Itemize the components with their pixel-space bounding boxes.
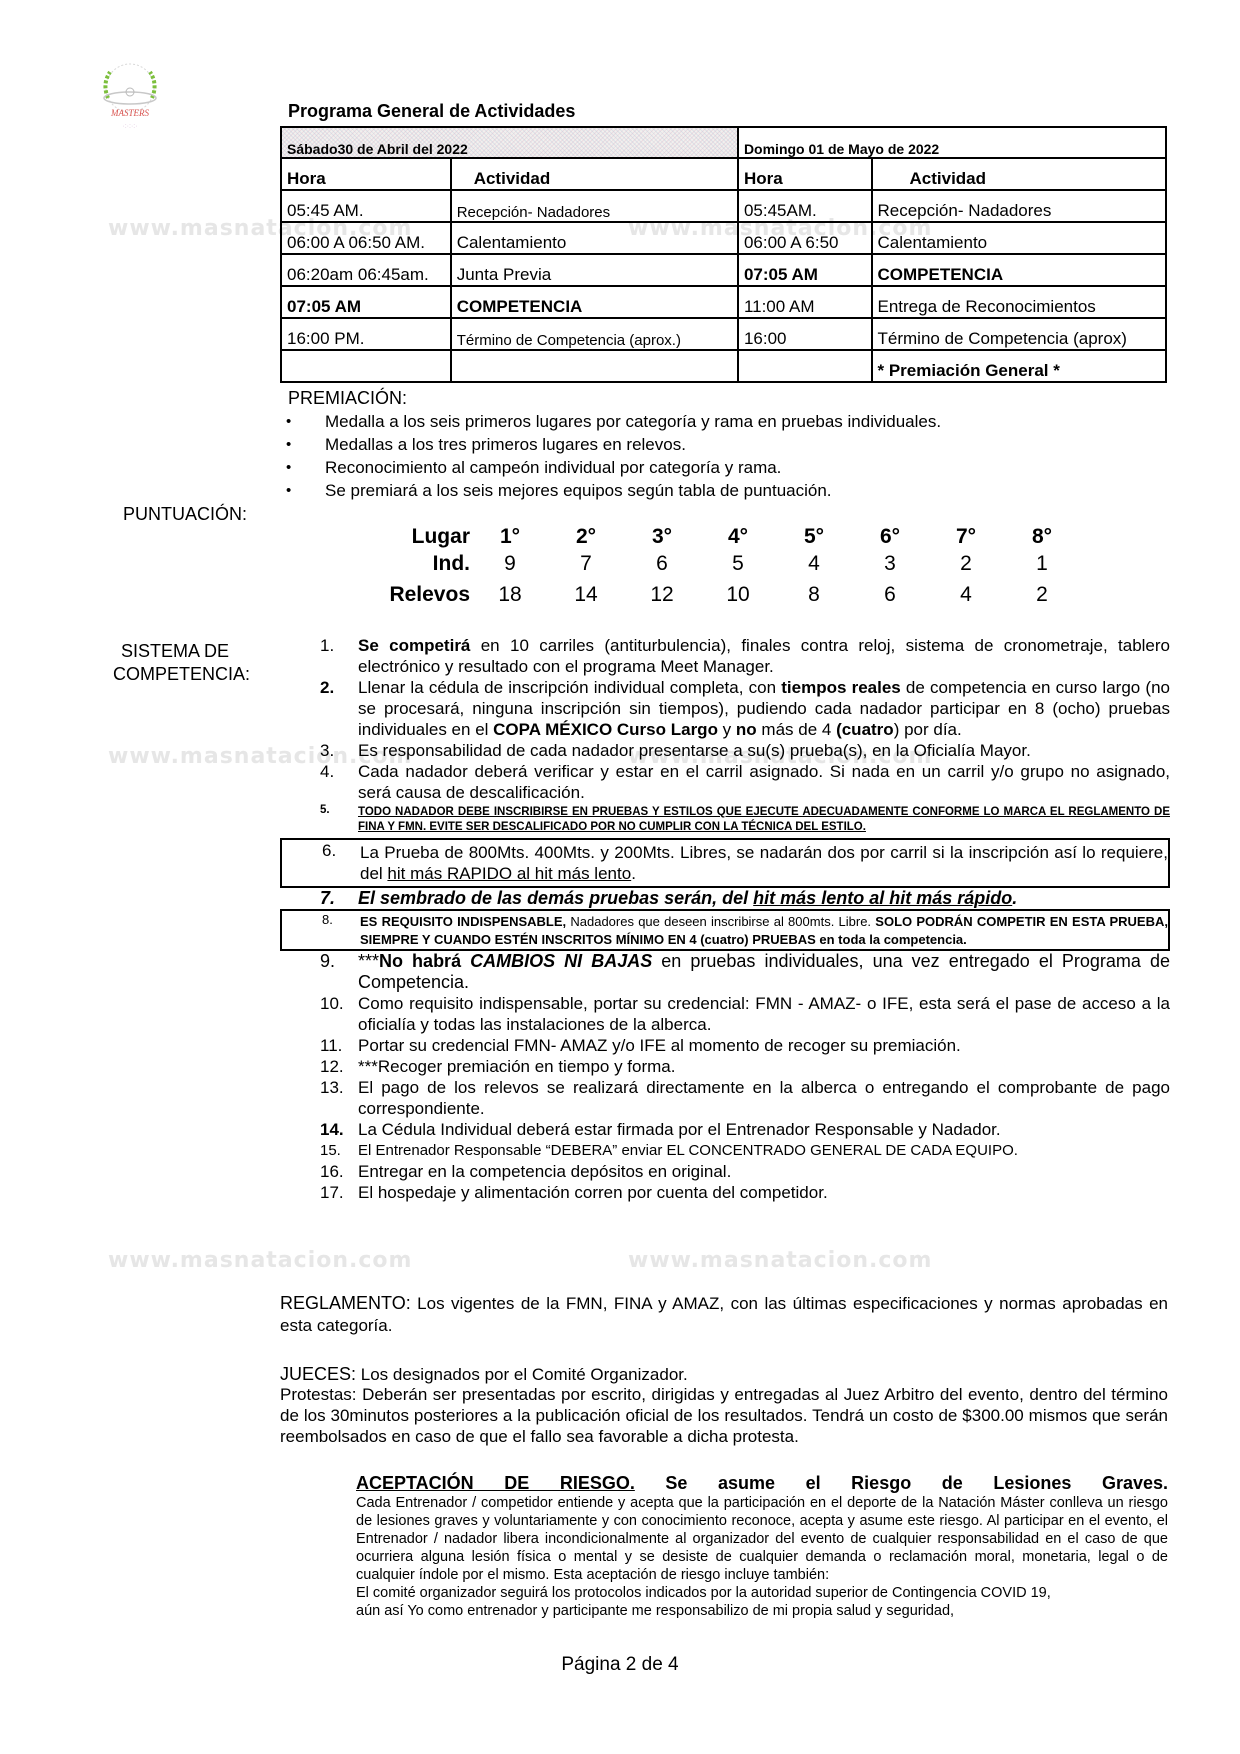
- schedule-table: Sábado30 de Abril del 2022 Domingo 01 de…: [280, 126, 1167, 383]
- list-item: 11.Portar su credencial FMN- AMAZ y/o IF…: [320, 1035, 1170, 1056]
- table-cell: 05:45 AM.: [281, 190, 451, 222]
- score-cell: 6°: [870, 525, 910, 549]
- list-item: 13.El pago de los relevos se realizará d…: [320, 1077, 1170, 1119]
- list-number: 6.: [322, 840, 336, 861]
- score-row-label: Lugar: [360, 525, 470, 549]
- table-cell: 06:00 A 06:50 AM.: [281, 222, 451, 254]
- table-cell: COMPETENCIA: [451, 286, 738, 318]
- premiacion-heading: PREMIACIÓN:: [288, 387, 407, 410]
- list-item: 10.Como requisito indispensable, portar …: [320, 993, 1170, 1035]
- covid-line: aún así Yo como entrenador y participant…: [356, 1602, 1168, 1620]
- score-cell: 14: [566, 583, 606, 607]
- watermark: www.masnatacion.com: [108, 1248, 412, 1273]
- list-number: 12.: [320, 1056, 344, 1077]
- table-cell: * Premiación General *: [872, 350, 1167, 382]
- list-item: 6.La Prueba de 800Mts. 400Mts. y 200Mts.…: [280, 838, 1170, 888]
- score-row-label: Ind.: [360, 552, 470, 576]
- score-cell: 2: [946, 552, 986, 576]
- score-row: Relevos181412108642: [360, 583, 1080, 610]
- masters-logo: MASTERS ·:·:·:·: [88, 60, 172, 134]
- reglamento: REGLAMENTO: Los vigentes de la FMN, FINA…: [280, 1292, 1168, 1336]
- table-row: 06:00 A 06:50 AM.Calentamiento06:00 A 6:…: [281, 222, 1166, 254]
- table-cell: Calentamiento: [872, 222, 1167, 254]
- page-number: Página 2 de 4: [0, 1654, 1240, 1676]
- list-item: 5.TODO NADADOR DEBE INSCRIBIRSE EN PRUEB…: [320, 803, 1170, 835]
- laurel-logo-icon: MASTERS ·:·:·:·: [88, 60, 172, 134]
- saturday-date: Sábado30 de Abril del 2022: [281, 127, 738, 158]
- riesgo-heading: ACEPTACIÓN DE RIESGO. Se asume el Riesgo…: [356, 1472, 1168, 1494]
- score-cell: 1°: [490, 525, 530, 549]
- score-cell: 7°: [946, 525, 986, 549]
- score-cell: 4: [946, 583, 986, 607]
- score-cell: 6: [870, 583, 910, 607]
- list-item: 17.El hospedaje y alimentación corren po…: [320, 1182, 1170, 1203]
- table-cell: [451, 350, 738, 382]
- list-number: 3.: [320, 740, 334, 761]
- svg-text:MASTERS: MASTERS: [110, 108, 149, 118]
- jueces: JUECES: Los designados por el Comité Org…: [280, 1363, 1168, 1386]
- score-cell: 4°: [718, 525, 758, 549]
- list-item: 4.Cada nadador deberá verificar y estar …: [320, 761, 1170, 803]
- col-hora: Hora: [281, 158, 451, 190]
- riesgo-section: ACEPTACIÓN DE RIESGO. Se asume el Riesgo…: [356, 1472, 1168, 1620]
- svg-text:·:·:·:·: ·:·:·:·: [122, 123, 137, 130]
- list-item: Se premiará a los seis mejores equipos s…: [280, 479, 941, 502]
- list-item: 3.Es responsabilidad de cada nadador pre…: [320, 740, 1170, 761]
- table-cell: 06:20am 06:45am.: [281, 254, 451, 286]
- table-cell: [281, 350, 451, 382]
- list-number: 9.: [320, 951, 335, 972]
- list-item: 16.Entregar en la competencia depósitos …: [320, 1161, 1170, 1182]
- table-cell: Calentamiento: [451, 222, 738, 254]
- score-cell: 1: [1022, 552, 1062, 576]
- score-cell: 3°: [642, 525, 682, 549]
- list-number: 16.: [320, 1161, 344, 1182]
- score-row-label: Relevos: [360, 583, 470, 607]
- list-number: 2.: [320, 677, 334, 698]
- list-number: 11.: [320, 1035, 342, 1056]
- table-cell: Entrega de Reconocimientos: [872, 286, 1167, 318]
- page-title: Programa General de Actividades: [288, 101, 575, 122]
- table-cell: Recepción- Nadadores: [451, 190, 738, 222]
- list-number: 17.: [320, 1182, 344, 1203]
- list-item: 12.***Recoger premiación en tiempo y for…: [320, 1056, 1170, 1077]
- list-number: 8.: [322, 911, 333, 929]
- list-item: 7.El sembrado de las demás pruebas serán…: [320, 888, 1170, 909]
- protestas: Protestas: Deberán ser presentadas por e…: [280, 1384, 1168, 1447]
- table-cell: [738, 350, 872, 382]
- score-cell: 10: [718, 583, 758, 607]
- table-cell: Término de Competencia (aprox): [872, 318, 1167, 350]
- sistema-list: 1.Se competirá en 10 carriles (antiturbu…: [320, 635, 1170, 1203]
- sunday-date: Domingo 01 de Mayo de 2022: [738, 127, 1166, 158]
- list-item: 9.***No habrá CAMBIOS NI BAJAS en prueba…: [320, 951, 1170, 993]
- table-cell: 16:00: [738, 318, 872, 350]
- table-row: 06:20am 06:45am.Junta Previa07:05 AMCOMP…: [281, 254, 1166, 286]
- score-cell: 3: [870, 552, 910, 576]
- list-number: 13.: [320, 1077, 344, 1098]
- score-row: Lugar1°2°3°4°5°6°7°8°: [360, 525, 1080, 552]
- score-cell: 6: [642, 552, 682, 576]
- puntuacion-heading: PUNTUACIÓN:: [123, 503, 247, 526]
- watermark: www.masnatacion.com: [628, 1248, 932, 1273]
- list-item: 15.El Entrenador Responsable “DEBERA” en…: [320, 1140, 1170, 1161]
- score-cell: 5°: [794, 525, 834, 549]
- score-cell: 9: [490, 552, 530, 576]
- table-row: 05:45 AM.Recepción- Nadadores05:45AM.Rec…: [281, 190, 1166, 222]
- score-cell: 18: [490, 583, 530, 607]
- score-cell: 2: [1022, 583, 1062, 607]
- table-cell: Junta Previa: [451, 254, 738, 286]
- covid-line: El comité organizador seguirá los protoc…: [356, 1584, 1168, 1602]
- riesgo-body: Cada Entrenador / competidor entiende y …: [356, 1494, 1168, 1584]
- table-cell: COMPETENCIA: [872, 254, 1167, 286]
- table-cell: 16:00 PM.: [281, 318, 451, 350]
- list-item: 8.ES REQUISITO INDISPENSABLE, Nadadores …: [280, 909, 1170, 951]
- score-cell: 7: [566, 552, 606, 576]
- list-number: 4.: [320, 761, 334, 782]
- score-cell: 4: [794, 552, 834, 576]
- list-number: 5.: [320, 803, 330, 818]
- list-number: 14.: [320, 1119, 344, 1140]
- list-item: Medallas a los tres primeros lugares en …: [280, 433, 941, 456]
- list-item: 1.Se competirá en 10 carriles (antiturbu…: [320, 635, 1170, 677]
- list-item: 2.Llenar la cédula de inscripción indivi…: [320, 677, 1170, 740]
- list-item: Reconocimiento al campeón individual por…: [280, 456, 941, 479]
- table-cell: 06:00 A 6:50: [738, 222, 872, 254]
- table-cell: 07:05 AM: [738, 254, 872, 286]
- score-cell: 8: [794, 583, 834, 607]
- table-cell: 07:05 AM: [281, 286, 451, 318]
- premiacion-list: Medalla a los seis primeros lugares por …: [280, 410, 941, 502]
- table-row: 07:05 AMCOMPETENCIA11:00 AMEntrega de Re…: [281, 286, 1166, 318]
- sistema-heading: SISTEMA DE COMPETENCIA:: [121, 640, 250, 686]
- col-actividad: Actividad: [451, 158, 738, 190]
- table-cell: 05:45AM.: [738, 190, 872, 222]
- score-cell: 2°: [566, 525, 606, 549]
- list-item: 14.La Cédula Individual deberá estar fir…: [320, 1119, 1170, 1140]
- score-row: Ind.97654321: [360, 552, 1080, 579]
- list-number: 15.: [320, 1140, 341, 1161]
- table-row: * Premiación General *: [281, 350, 1166, 382]
- table-cell: Término de Competencia (aprox.): [451, 318, 738, 350]
- table-row: 16:00 PM.Término de Competencia (aprox.)…: [281, 318, 1166, 350]
- score-cell: 8°: [1022, 525, 1062, 549]
- table-cell: 11:00 AM: [738, 286, 872, 318]
- list-item: Medalla a los seis primeros lugares por …: [280, 410, 941, 433]
- col-hora: Hora: [738, 158, 872, 190]
- score-cell: 5: [718, 552, 758, 576]
- list-number: 7.: [320, 888, 335, 909]
- list-number: 1.: [320, 635, 334, 656]
- list-number: 10.: [320, 993, 344, 1014]
- col-actividad: Actividad: [872, 158, 1167, 190]
- score-cell: 12: [642, 583, 682, 607]
- table-cell: Recepción- Nadadores: [872, 190, 1167, 222]
